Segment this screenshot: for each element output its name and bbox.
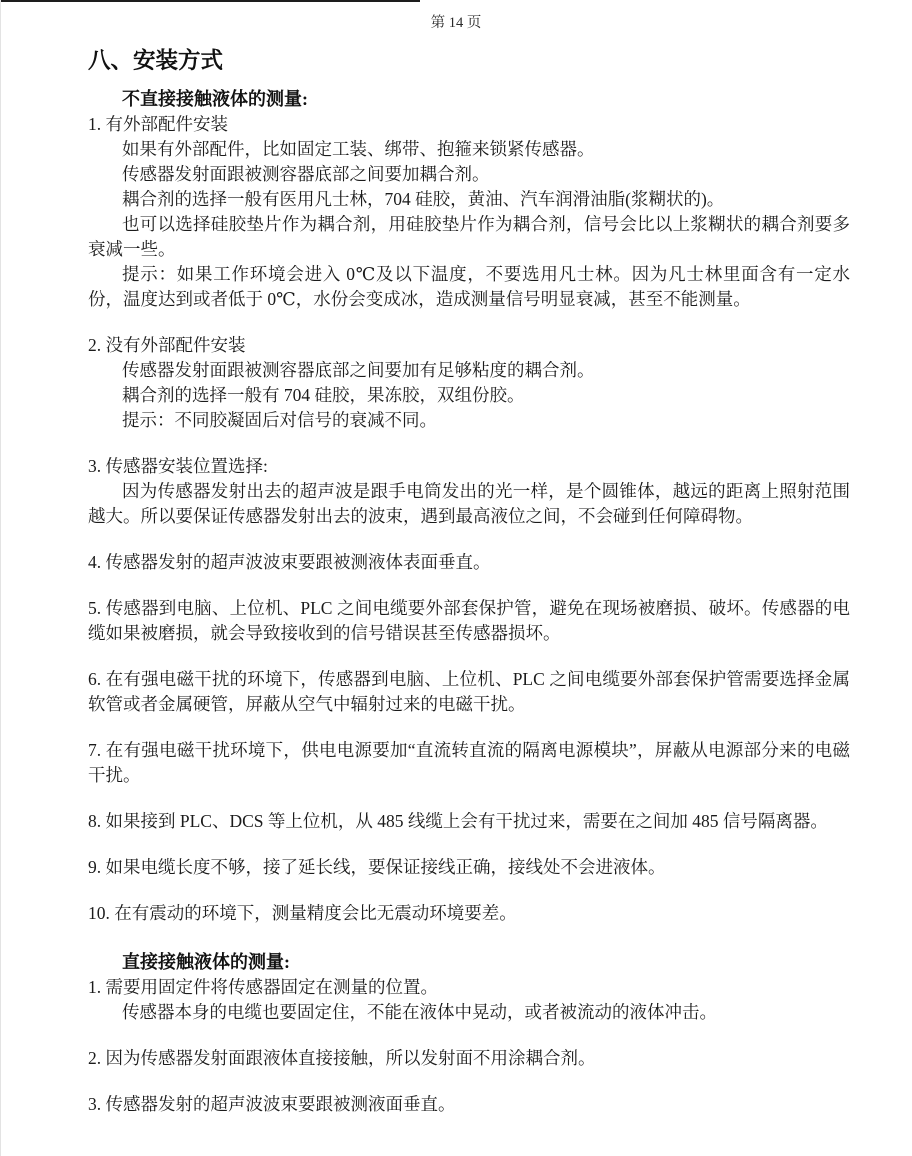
indented-paragraph: 也可以选择硅胶垫片作为耦合剂，用硅胶垫片作为耦合剂，信号会比以上浆糊状的耦合剂要…	[88, 212, 850, 262]
indented-paragraph: 传感器本身的电缆也要固定住，不能在液体中晃动，或者被流动的液体冲击。	[88, 1000, 850, 1025]
scan-edge-artifact-left	[0, 0, 1, 1156]
chapter-heading: 八、安装方式	[88, 46, 850, 76]
scan-edge-artifact-top	[0, 0, 420, 2]
tip-paragraph: 提示：不同胶凝固后对信号的衰减不同。	[88, 408, 850, 433]
list-item: 4. 传感器发射的超声波波束要跟被测液体表面垂直。	[88, 550, 850, 575]
list-item: 2. 因为传感器发射面跟液体直接接触，所以发射面不用涂耦合剂。	[88, 1046, 850, 1071]
list-item: 7. 在有强电磁干扰环境下，供电电源要加“直流转直流的隔离电源模块”，屏蔽从电源…	[88, 738, 850, 788]
indented-paragraph: 因为传感器发射出去的超声波是跟手电筒发出的光一样，是个圆锥体，越远的距离上照射范…	[88, 479, 850, 529]
document-page: 第 14 页 八、安装方式 不直接接触液体的测量: 1. 有外部配件安装 如果有…	[0, 0, 912, 1156]
indented-paragraph: 传感器发射面跟被测容器底部之间要加耦合剂。	[88, 162, 850, 187]
indented-paragraph: 耦合剂的选择一般有医用凡士林，704 硅胶，黄油、汽车润滑油脂(浆糊状的)。	[88, 187, 850, 212]
indented-paragraph: 耦合剂的选择一般有 704 硅胶，果冻胶，双组份胶。	[88, 383, 850, 408]
indented-paragraph: 如果有外部配件，比如固定工装、绑带、抱箍来锁紧传感器。	[88, 137, 850, 162]
section-title-indirect-measurement: 不直接接触液体的测量:	[88, 87, 850, 112]
page-number: 第 14 页	[0, 13, 912, 33]
section-title-direct-measurement: 直接接触液体的测量:	[88, 950, 850, 975]
list-item: 9. 如果电缆长度不够，接了延长线，要保证接线正确，接线处不会进液体。	[88, 855, 850, 880]
document-content: 八、安装方式 不直接接触液体的测量: 1. 有外部配件安装 如果有外部配件，比如…	[88, 46, 850, 1117]
list-item: 5. 传感器到电脑、上位机、PLC 之间电缆要外部套保护管，避免在现场被磨损、破…	[88, 596, 850, 646]
list-item: 8. 如果接到 PLC、DCS 等上位机，从 485 线缆上会有干扰过来，需要在…	[88, 809, 850, 834]
list-item: 1. 有外部配件安装	[88, 112, 850, 137]
list-item: 1. 需要用固定件将传感器固定在测量的位置。	[88, 975, 850, 1000]
tip-paragraph: 提示：如果工作环境会进入 0℃及以下温度，不要选用凡士林。因为凡士林里面含有一定…	[88, 262, 850, 312]
list-item: 6. 在有强电磁干扰的环境下，传感器到电脑、上位机、PLC 之间电缆要外部套保护…	[88, 667, 850, 717]
list-item: 3. 传感器安装位置选择:	[88, 454, 850, 479]
list-item: 2. 没有外部配件安装	[88, 333, 850, 358]
list-item: 10. 在有震动的环境下，测量精度会比无震动环境要差。	[88, 901, 850, 926]
indented-paragraph: 传感器发射面跟被测容器底部之间要加有足够粘度的耦合剂。	[88, 358, 850, 383]
list-item: 3. 传感器发射的超声波波束要跟被测液面垂直。	[88, 1092, 850, 1117]
